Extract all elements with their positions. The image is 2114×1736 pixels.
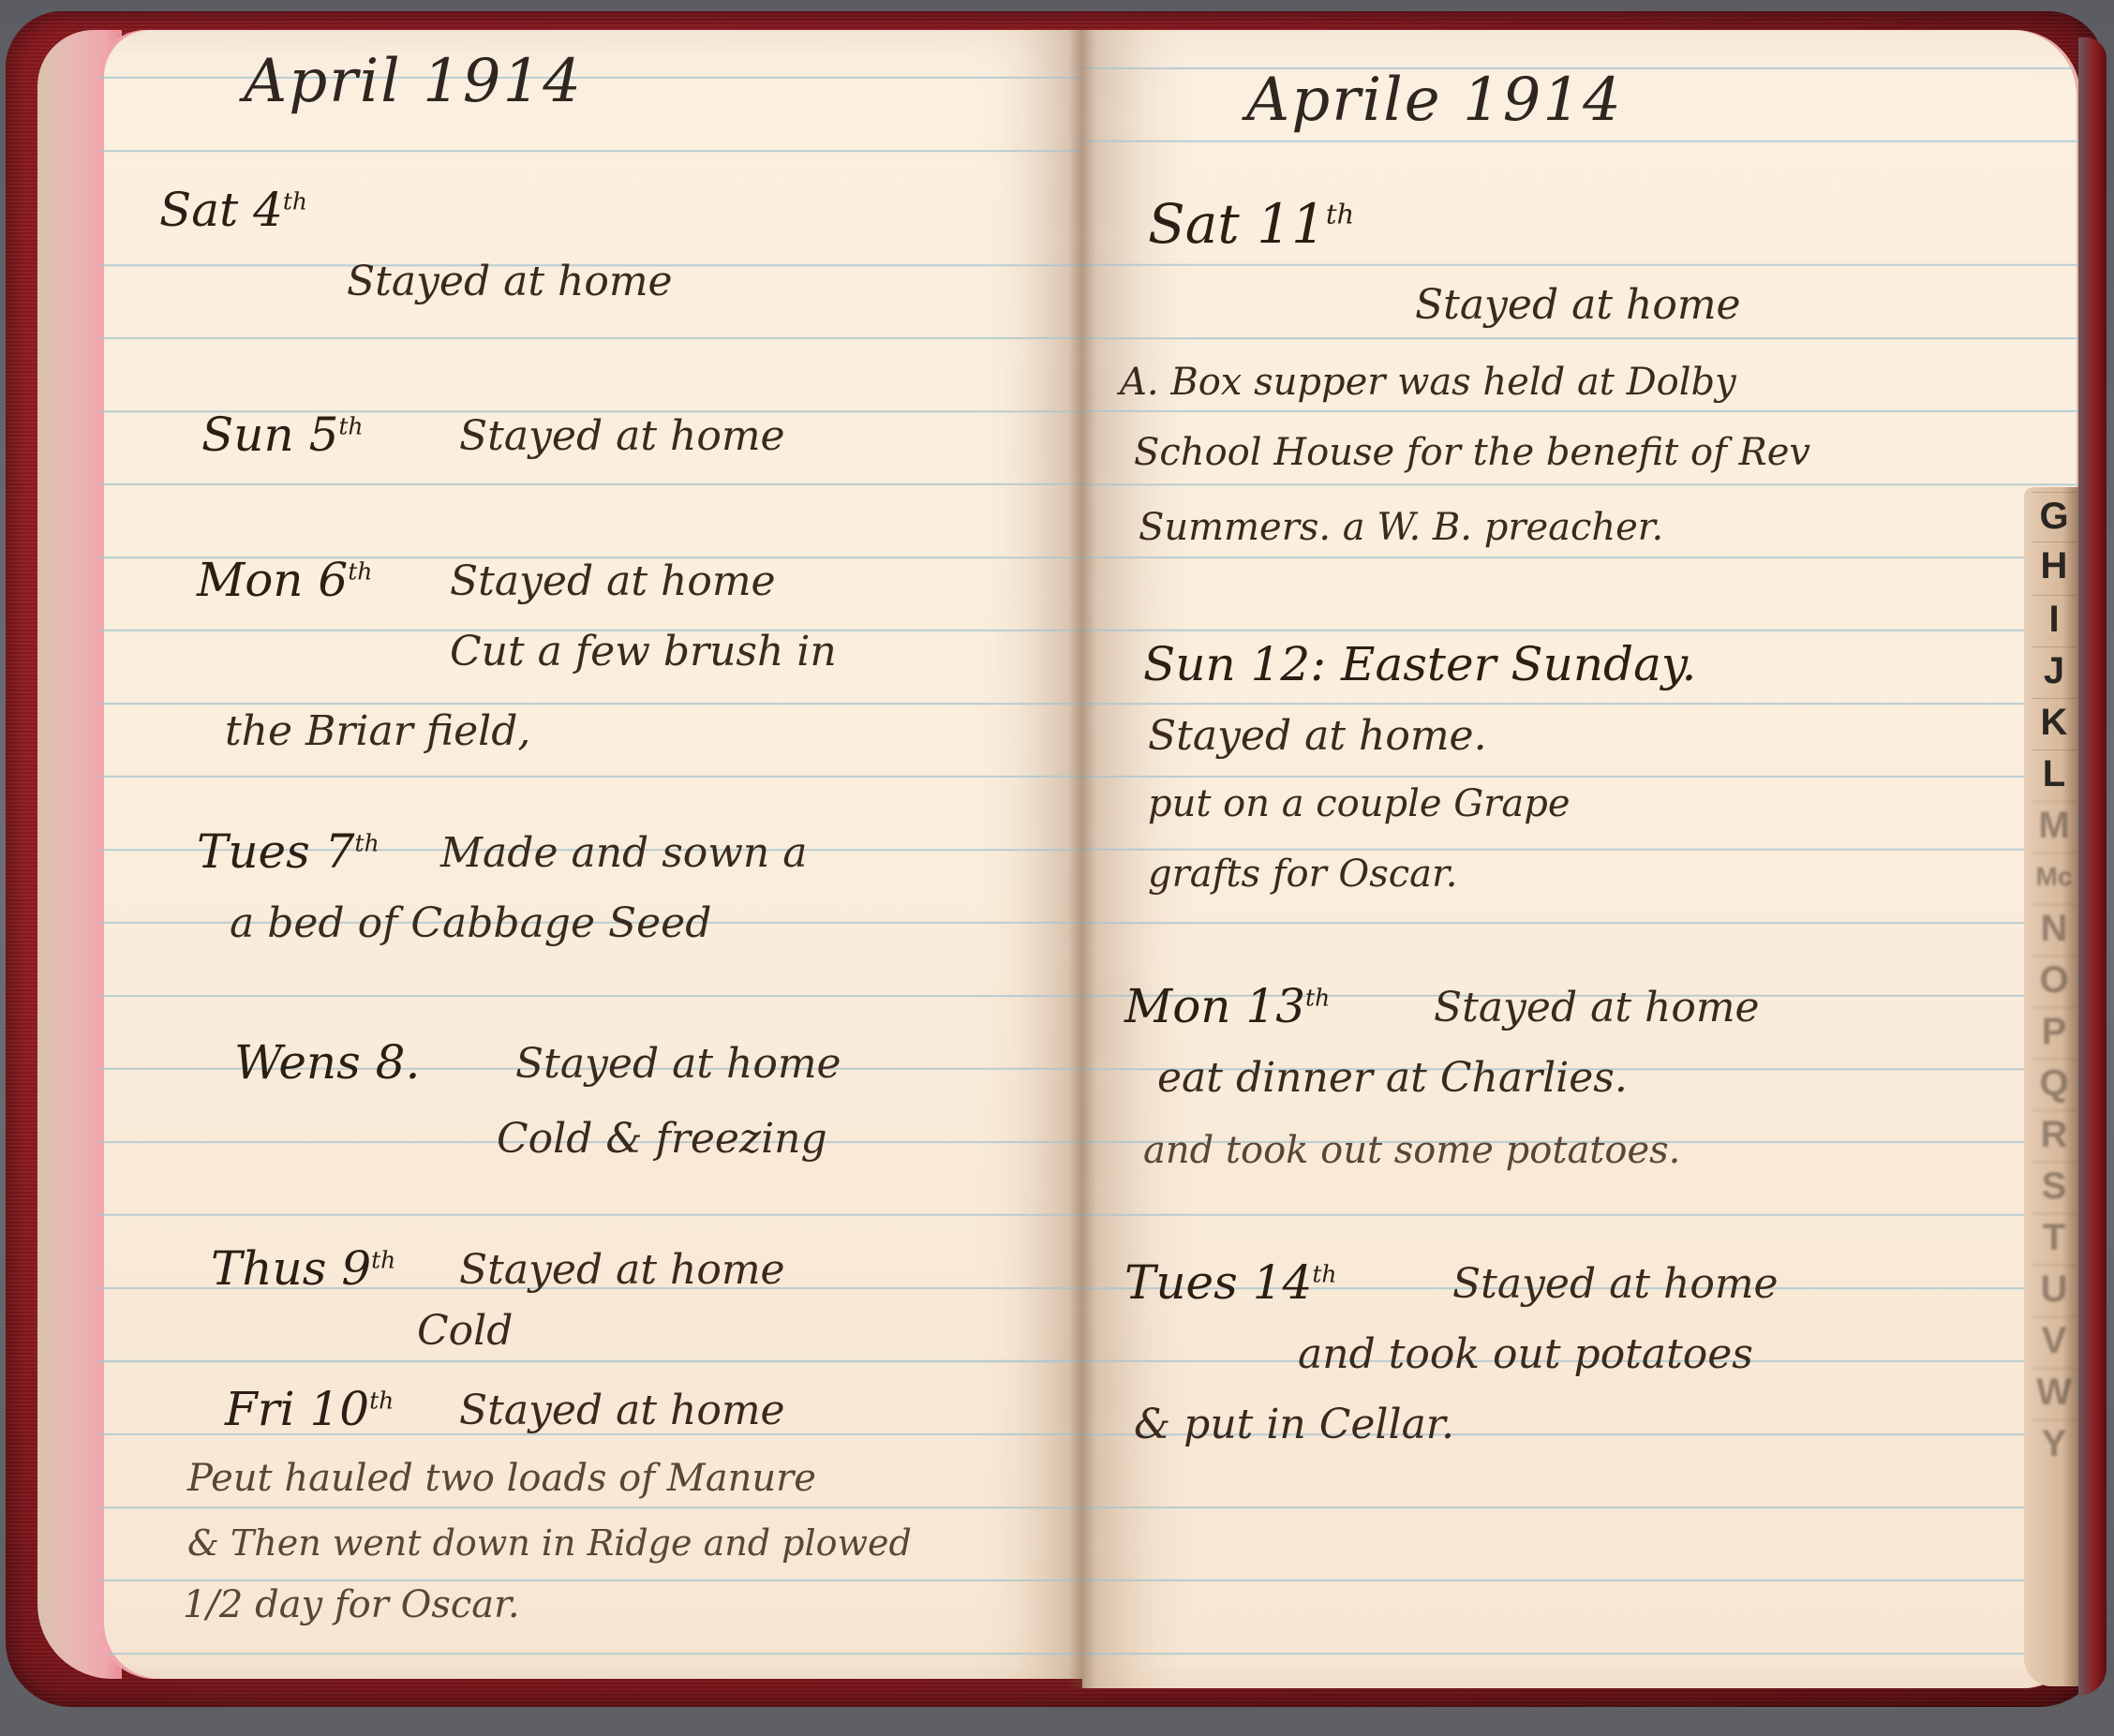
entry-line: Cold & freezing [497,1115,827,1163]
entry-line: Stayed at home [450,557,776,605]
cover-right-edge [2078,37,2107,1696]
index-tab-t[interactable]: T [2032,1213,2077,1261]
entry-line: & put in Cellar. [1134,1401,1454,1448]
index-tab-u[interactable]: U [2032,1265,2077,1313]
index-tab-i[interactable]: I [2032,595,2077,643]
right-page-header: Aprile 1914 [1246,66,1623,135]
index-tab-p[interactable]: P [2032,1007,2077,1055]
entry-line: Stayed at home. [1148,712,1487,760]
entry-line: A. Box supper was held at Dolby [1120,361,1736,404]
book-gutter [1068,30,1096,1688]
entry-line: 1/2 day for Oscar. [183,1583,520,1626]
index-tab-l[interactable]: L [2032,749,2077,797]
index-tab-r[interactable]: R [2032,1110,2077,1158]
entry-line: grafts for Oscar. [1148,853,1457,896]
entry-line: and took out potatoes [1298,1330,1753,1378]
entry-line: Cut a few brush in [450,628,837,675]
index-tab-o[interactable]: O [2032,956,2077,1003]
entry-date: Sat 4th [159,183,307,237]
entry-line: eat dinner at Charlies. [1157,1054,1628,1102]
entry-date: Sun 12: Easter Sunday. [1143,637,1696,691]
alphabet-index-tabs: G H I J K L M Mc N O P Q R S T U V W Y [2024,487,2078,1686]
entry-date: Tues 7th [197,824,380,879]
index-tab-mc[interactable]: Mc [2032,853,2077,900]
entry-line: Stayed at home [1452,1260,1779,1308]
entry-line: Stayed at home [459,412,785,460]
entry-date: Thus 9th [211,1241,395,1296]
entry-line: & Then went down in Ridge and plowed [187,1522,912,1564]
index-tab-n[interactable]: N [2032,904,2077,952]
entry-line: Peut hauled two loads of Manure [187,1457,816,1500]
index-tab-h[interactable]: H [2032,542,2077,589]
entry-date: Wens 8. [234,1035,420,1090]
entry-date: Tues 14th [1124,1255,1337,1310]
entry-line: the Briar field, [225,707,530,755]
entry-line: Made and sown a [440,829,808,877]
index-tab-m[interactable]: M [2032,801,2077,849]
entry-line: School House for the benefit of Rev [1134,431,1810,474]
index-tab-g[interactable]: G [2032,492,2077,540]
index-tab-j[interactable]: J [2032,646,2077,694]
index-tab-v[interactable]: V [2032,1316,2077,1364]
entry-line: Stayed at home [515,1040,841,1088]
entry-line: Summers. a W. B. preacher. [1139,506,1663,549]
entry-line: Cold [417,1307,513,1355]
entry-line: and took out some potatoes. [1143,1129,1680,1172]
entry-line: Stayed at home [1415,281,1741,329]
index-tab-s[interactable]: S [2032,1162,2077,1209]
index-tab-y[interactable]: Y [2032,1419,2077,1467]
index-tab-w[interactable]: W [2032,1368,2077,1416]
index-tab-q[interactable]: Q [2032,1059,2077,1106]
entry-date: Sun 5th [201,408,364,462]
index-tab-k[interactable]: K [2032,698,2077,746]
entry-date: Mon 6th [197,553,372,607]
left-page-header: April 1914 [244,47,583,116]
entry-line: Stayed at home [1434,984,1760,1031]
entry-line: a bed of Cabbage Seed [230,899,711,947]
entry-date: Fri 10th [225,1382,394,1436]
entry-line: Stayed at home [347,258,673,305]
entry-line: put on a couple Grape [1148,782,1571,825]
entry-line: Stayed at home [459,1246,785,1294]
entry-date: Sat 11th [1148,192,1354,256]
entry-date: Mon 13th [1124,979,1330,1033]
entry-line: Stayed at home [459,1387,785,1434]
